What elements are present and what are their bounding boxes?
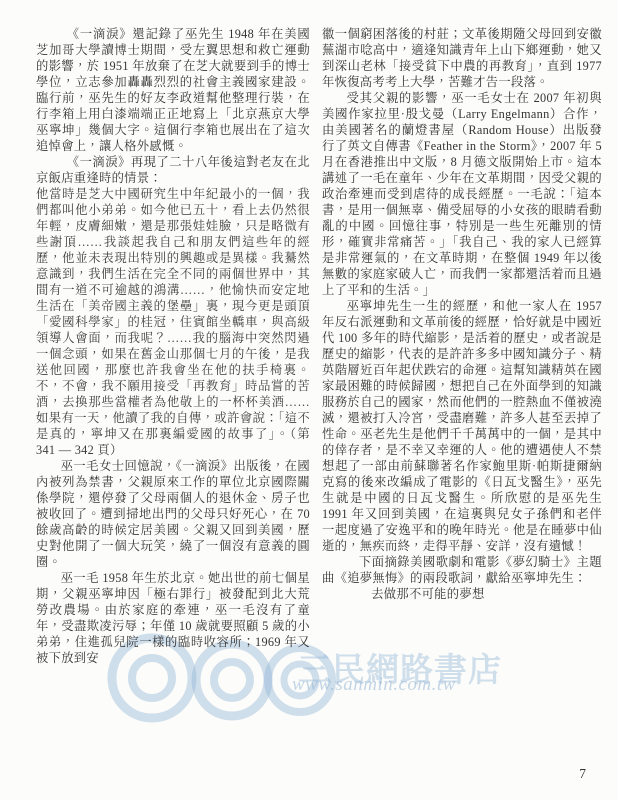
- watermark-url: www.sanmin.com.tw: [292, 674, 456, 696]
- page-number: 7: [579, 766, 586, 782]
- paragraph-wu-yimao-childhood: 巫一毛 1958 年生於北京。她出世的前七個星期，父親巫寧坤因「極右罪行」被發配…: [36, 570, 310, 666]
- paragraph-banned-book: 巫一毛女士回憶說，《一滴淚》出版後，在國內被列為禁書，父親原來工作的單位北京國際…: [36, 458, 310, 570]
- right-text-column: 徽一個窮困落後的村莊；文革後期隨父母回到安徽蕪湖市唸高中，適逢知識青年上山下鄉運…: [322, 26, 602, 602]
- paragraph-life-epitome: 巫寧坤先生一生的經歷，和他一家人在 1957 年反右派運動和文革前後的經歷，恰好…: [322, 298, 602, 554]
- paragraph-book-suitcase: 《一滴淚》還記錄了巫先生 1948 年在美國芝加哥大學讀博士期間，受左翼思想和救…: [36, 26, 310, 154]
- paragraph-feather-in-the-storm: 受其父親的影響，巫一毛女士在 2007 年初與美國作家拉里·殷戈曼（Larry …: [322, 90, 602, 298]
- left-text-column: 《一滴淚》還記錄了巫先生 1948 年在美國芝加哥大學讀博士期間，受左翼思想和救…: [36, 26, 310, 666]
- watermark-store-name: 三民網路書店: [298, 644, 502, 691]
- memoir-block-quote: 他當時是芝大中國研究生中年紀最小的一個，我們都叫他小弟弟。如今他已五十，看上去仍…: [36, 186, 310, 458]
- paragraph-reunion-intro: 《一滴淚》再現了二十八年後這對老友在北京飯店重逢時的情景：: [36, 154, 310, 186]
- song-lyric-line: 去做那不可能的夢想: [322, 586, 602, 602]
- paragraph-village-continuation: 徽一個窮困落後的村莊；文革後期隨父母回到安徽蕪湖市唸高中，適逢知識青年上山下鄉運…: [322, 26, 602, 90]
- paragraph-song-dedication: 下面摘錄美國歌劇和電影《夢幻騎士》主題曲《追夢無悔》的兩段歌詞，獻給巫寧坤先生：: [322, 554, 602, 586]
- scanned-book-page: 三民網路書店 www.sanmin.com.tw 《一滴淚》還記錄了巫先生 19…: [0, 0, 618, 800]
